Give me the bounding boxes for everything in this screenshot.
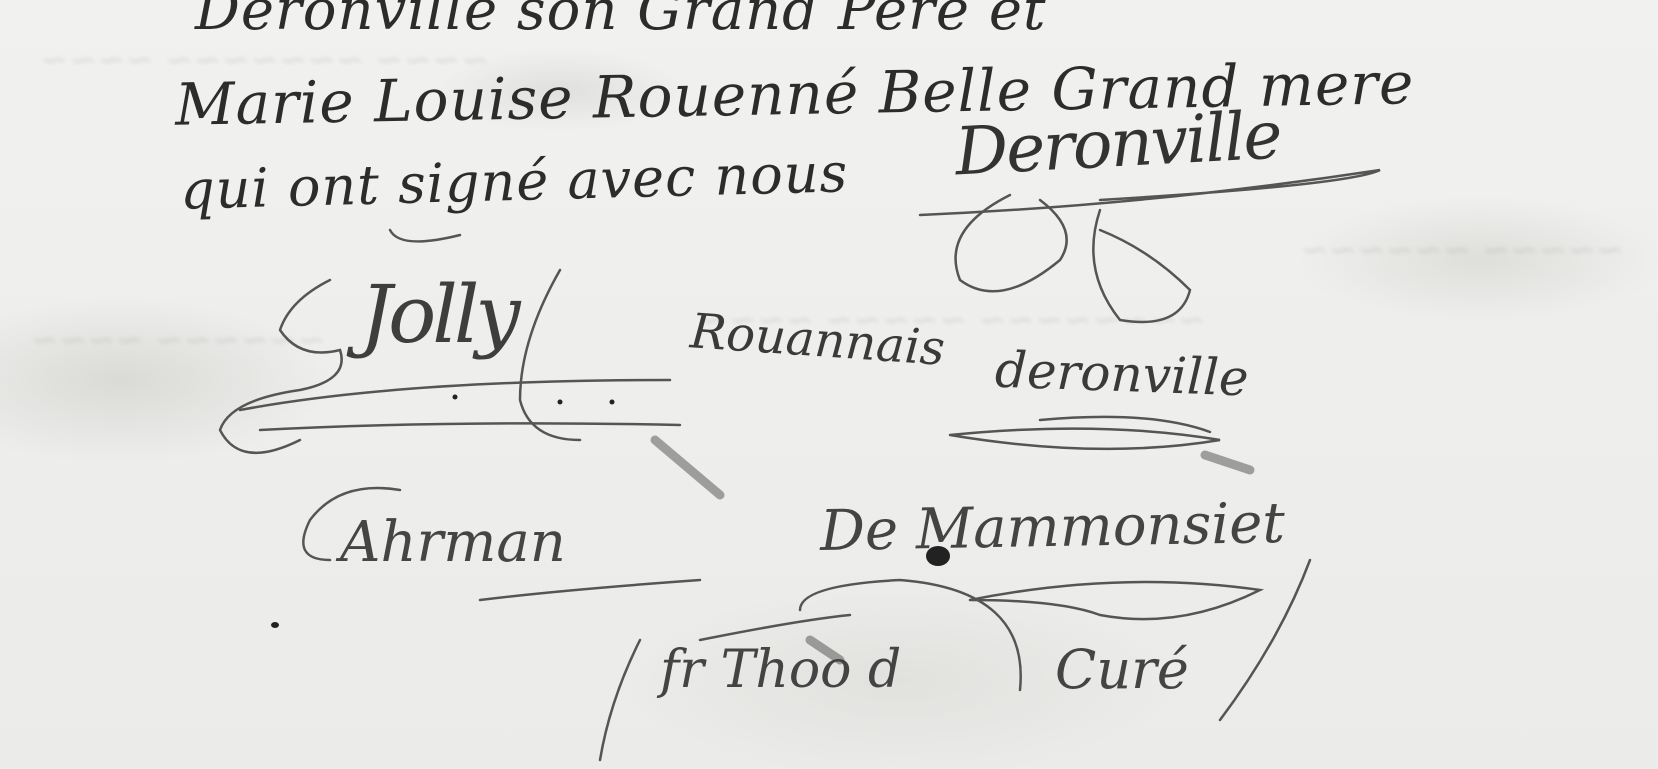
signature-ahrman: Ahrman [340,510,566,575]
show-through-text: ~~~~~ ~~~~~~ [1300,230,1624,270]
signature-de-mammonsiet: De Mammonsiet [819,491,1285,564]
priest-name: Thoo d [721,640,902,700]
signature-rouannais: Rouannais [688,303,946,377]
manuscript-page: ~~~~ ~~~~~~~ ~~~~ ~~~~~~ ~~~~ ~~~~~ ~~~~… [0,0,1658,769]
signature-deronville: Deronville [953,97,1282,191]
show-through-text: ~~~~~~ ~~~~ [30,320,326,360]
body-line-3: qui ont signé avec nous [179,141,849,221]
signature-priest: fr Thoo d [660,640,901,700]
signature-jolly: Jolly [360,268,517,361]
body-line-1: Deronville son Grand Pere et [195,0,1046,43]
priest-prefix: fr [660,640,704,700]
signature-deronville-second: deronville [994,341,1249,408]
priest-title: Curé [1055,638,1189,701]
